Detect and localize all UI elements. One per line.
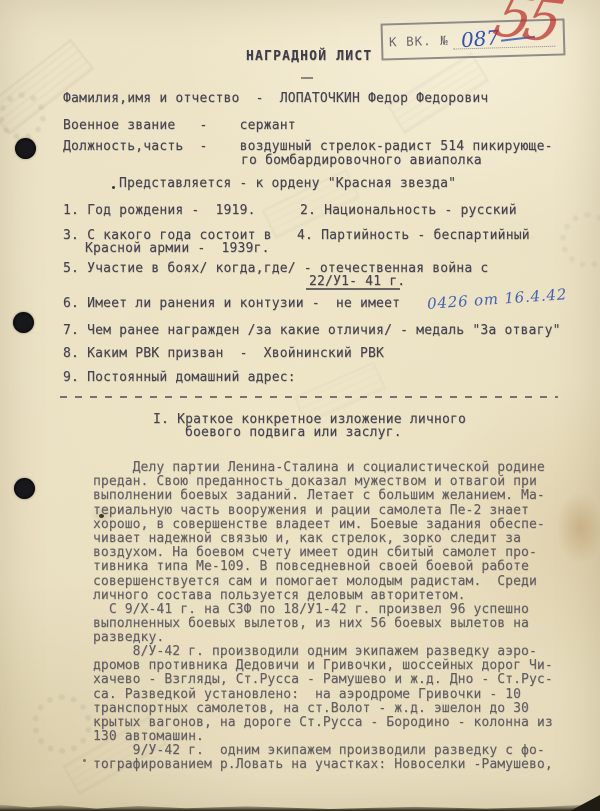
page-bottom-edge [0,803,600,811]
body-line: чивает надежной связью и, как стрелок, з… [93,532,545,546]
item-nationality: 2. Национальность - русский [300,204,517,218]
punch-hole [13,312,34,333]
archive-watermark [0,92,46,140]
citation-paragraph-3: 9/У-42 г. одним экипажем производили раз… [93,744,553,772]
body-line: хачево - Взгляды, Ст.Русса - Рамушево и … [93,673,553,687]
paper-speck [83,759,86,762]
body-line: личного состава пользуется деловым автор… [93,589,545,603]
body-line: выполненных боевых вылетов, из них 56 бо… [93,617,545,631]
body-line: тивника типа Ме-109. В повседневной свое… [93,560,545,574]
page-title: НАГРАДНОЙ ЛИСТ [246,50,372,64]
punch-hole [14,478,35,499]
body-line: тографированием р.Ловать на участках: Но… [93,758,553,772]
body-line: транспортных самолетов, на ст.Волот - ж.… [93,702,553,716]
field-name: Фамилия,имя и отчество - ЛОПАТОЧКИН Федо… [63,92,488,106]
archive-watermark [560,212,600,268]
body-line: териальную часть вооружения и рации само… [93,504,545,518]
item-combat-participation-line1: 5. Участие в боях/ когда,где/ - отечеств… [63,262,488,276]
handwritten-registry-note: 0426 от 16.4.42 [427,285,568,313]
item-wounds: 6. Имеет ли ранения и контузии - не имее… [63,297,400,311]
body-line: С 9/Х-41 г. на СЗФ по 18/У1-42 г. произв… [93,603,545,617]
section-heading-line2: боевого подвига или заслуг. [185,426,402,440]
body-line: выполнении боевых заданий. Летает с боль… [93,489,545,503]
award-sheet-document: К ВК. № 087 55 НАГРАДНОЙ ЛИСТ Фамилия,им… [0,0,600,811]
item-birth-year: 1. Год рождения - 1919. [63,204,256,218]
title-dash [301,77,313,79]
body-line: Делу партии Ленина-Сталина и социалистич… [93,461,545,475]
citation-paragraph-1: Делу партии Ленина-Сталина и социалистич… [93,461,545,646]
body-line: са. Разведкой установлено: на аэродроме … [93,688,553,702]
dashed-separator [60,396,558,398]
paper-stain [556,492,600,564]
field-rank: Военное звание - сержант [63,119,296,133]
item-service-since-line2: Красной армии - 1939г. [85,242,270,256]
body-line: дромов противника Дедовичи и Гривочки, ш… [93,659,553,673]
item-prior-awards: 7. Чем ранее награжден /за какие отличия… [63,324,561,338]
punch-hole [15,138,36,159]
paper-speck [112,186,115,189]
field-nomination: Представляется - к ордену "Красная звезд… [119,177,456,191]
body-line: 8/У-42 г. производили одним экипажем раз… [93,645,553,659]
body-line: хорошо, в совершенстве владеет им. Боевы… [93,518,545,532]
item-home-address: 9. Постоянный домашний адрес: [63,371,296,385]
item-party-status: 4. Партийность - беспартийный [297,229,530,243]
body-line: 9/У-42 г. одним экипажем производили раз… [93,744,553,758]
field-position-line2: го бомбардировочного авиаполка [241,154,482,168]
item-draft-office: 8. Каким РВК призван - Хвойнинский РВК [63,347,384,361]
body-line: совершенствуется сам и помогает молодым … [93,575,545,589]
body-line: предан. Свою преданность доказал мужеств… [93,475,545,489]
citation-paragraph-2: 8/У-42 г. производили одним экипажем раз… [93,645,553,744]
body-line: крытых вагонов, на дороге Ст.Русса - Бор… [93,716,553,730]
archive-watermark [32,694,92,754]
stamp-prefix-label: К ВК. № [389,33,449,50]
pencil-underline [306,288,400,290]
body-line: воздухом. На боевом счету имеет один сби… [93,546,545,560]
